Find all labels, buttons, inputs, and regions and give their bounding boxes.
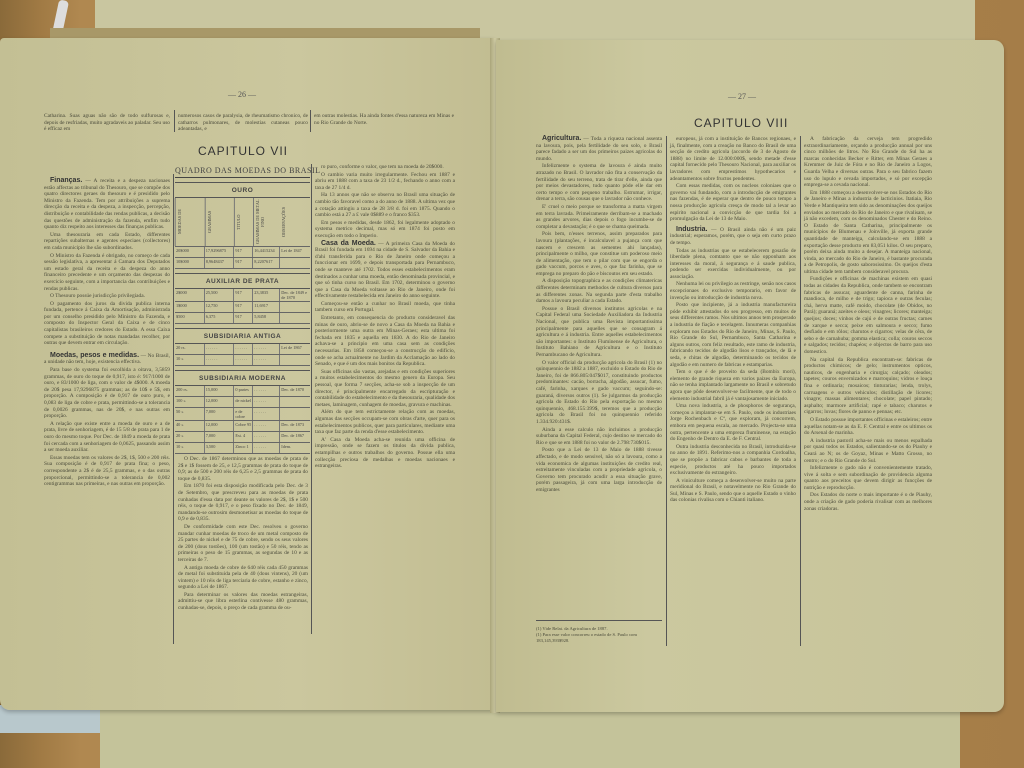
coin-table: QUADRO DAS MOEDAS DO BRASIL OURO MOEDAS …	[175, 166, 310, 454]
table-row: 20 »7,000Est. 4. . . . . .Dec. de 1867	[175, 432, 310, 443]
top-text-col1: Catharina. Suas aguas não são de todo su…	[44, 113, 170, 133]
table-section-subsidiaria-moderna: SUBSIDIARIA MODERNA	[175, 370, 310, 386]
credito-industria-section: europeus, já com a instituição de Bancos…	[670, 136, 796, 505]
table-section-ouro: OURO	[175, 182, 310, 198]
cerveja-lacticinios-section: A fabricação da cerveja tem progredido e…	[804, 136, 932, 513]
left-page: — 26 — Catharina. Suas aguas não são de …	[0, 38, 494, 710]
column-rule	[174, 110, 175, 132]
table-row: 50 »7,000e de cobre. . . . . .	[175, 408, 310, 421]
casa-moeda-heading: Casa da Moeda.	[321, 240, 376, 247]
page-number-right: — 27 —	[728, 92, 756, 101]
table-row: 10 »3,500Zinco 1. . . . . .Idem.	[175, 443, 310, 454]
financas-heading: Finanças.	[50, 177, 82, 184]
coin-table-title: QUADRO DAS MOEDAS DO BRASIL	[175, 166, 310, 178]
column-rule	[666, 136, 667, 646]
column-rule	[310, 110, 311, 132]
right-page: — 27 — CAPITULO VIII Agricultura. — Toda…	[496, 40, 1004, 712]
table-row: 10 ». . . . . .. . . . . .. . . . . .	[175, 355, 310, 366]
footnotes: (1) Vide Relat. da Agricultura de 1887. …	[536, 626, 662, 644]
coin-decrees-text: O Dec. de 1867 determinou que as moedas …	[178, 456, 308, 613]
table-section-subsidiaria-antiga: SUBSIDIARIA ANTIGA	[175, 328, 310, 344]
chapter-title-viii: CAPITULO VIII	[694, 116, 788, 130]
moedas-heading: Moedas, pesos e medidas.	[50, 352, 139, 359]
table-row: 100 »12,000de nickel. . . . . .	[175, 397, 310, 408]
table-row: 20 rs.. . . . . .. . . . . .. . . . . .L…	[175, 344, 310, 355]
column-rule	[800, 136, 801, 646]
top-text-col2: numerosos casos de paralysia, de rheumat…	[178, 113, 308, 133]
table-header-row: MOEDAS DE GRAMMAS TITULO GRAMMAS DE META…	[175, 198, 310, 247]
table-row: 1$00012,75091711,6917	[175, 302, 310, 313]
table-row: 2$00025,50091723,3835Dec. de 1849 e de 1…	[175, 289, 310, 302]
page-number-left: — 26 —	[228, 90, 256, 99]
table-row: 20$00017,929687591716,4415234Lei de 1847	[175, 247, 310, 258]
column-rule	[173, 174, 174, 644]
chapter-title-vii: CAPITULO VII	[198, 144, 288, 158]
table-row: 10$0008,96484379178,2207617	[175, 258, 310, 269]
financas-section: Finanças. — A receita e a despeza nacion…	[44, 178, 170, 489]
agricultura-section: Agricultura. — Toda a riqueza nacional a…	[536, 136, 662, 494]
footnote-rule	[536, 620, 662, 621]
table-row: 40 »12,000Cobre 95. . . . . .Dec. de 187…	[175, 421, 310, 432]
top-text-col3: em outras molestias. Ha ainda fontes d'e…	[314, 113, 454, 126]
cambio-and-casa-moeda: ro puro, conforme o valor, que tem na mo…	[315, 164, 455, 471]
table-row: $5006,3759175,8458	[175, 313, 310, 324]
table-row: 200 rs.15,0000 partes. . . . . .Dec. de …	[175, 386, 310, 397]
industria-heading: Industria.	[676, 226, 708, 233]
column-rule	[311, 164, 312, 634]
table-section-prata: AUXILIAR DE PRATA	[175, 273, 310, 289]
agricultura-heading: Agricultura.	[542, 135, 581, 142]
